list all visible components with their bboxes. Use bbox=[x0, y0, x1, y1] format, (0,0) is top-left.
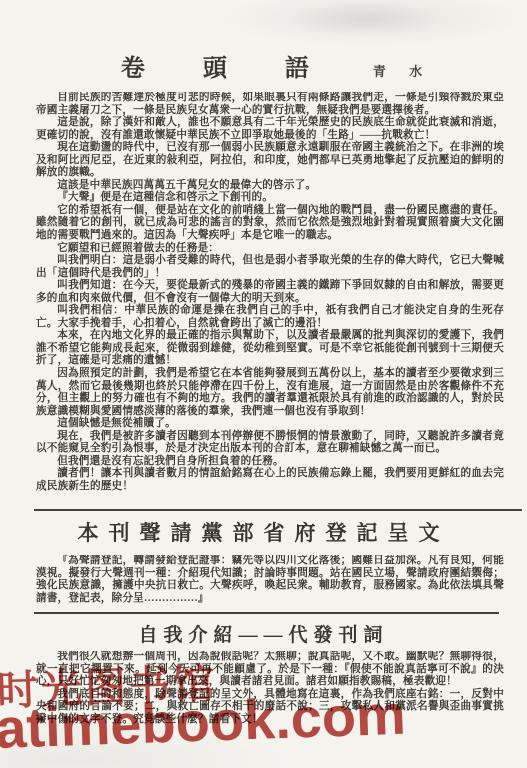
petition-section-title: 本刊聲請黨部省府登記呈文 bbox=[0, 517, 527, 547]
scanned-document-page: 卷 頭 語 青 水 目前民族的苦難達於極度可悲的時候，如果眼裏只有兩條路讓我們走… bbox=[0, 0, 527, 768]
masthead: 卷 頭 語 青 水 bbox=[0, 48, 527, 83]
section-divider bbox=[34, 509, 522, 511]
preface-paragraph: 但我們還是沒有忘記我們自身所担負着的任務。 bbox=[36, 456, 504, 469]
preface-paragraph: 它願望和已經照着做去的任務是： bbox=[36, 243, 504, 256]
section-divider bbox=[34, 612, 499, 614]
preface-paragraph: 現在，我們是被許多讀者因聽到本刊停辦便不勝悵惘的情景激動了，同時，又聽說許多讀者… bbox=[36, 431, 504, 456]
preface-paragraph: 這個缺憾是無從補贖了。 bbox=[36, 418, 504, 431]
preface-paragraph: 這該是中華民族四萬萬五千萬兒女的最偉大的啓示了。 bbox=[36, 180, 504, 193]
foreword-section-title: 自我介紹——代發刊詞 bbox=[0, 620, 527, 647]
preface-paragraph: 讀者們！讓本刊與讀者數月的情誼給銘寫在心上的民族備忘錄上罷，我們要用更鮮紅的血去… bbox=[36, 468, 504, 493]
page-title: 卷 頭 語 bbox=[121, 48, 335, 83]
preface-paragraph: 『大聲』便是在這種信念和啓示之下創刊的。 bbox=[36, 192, 504, 205]
preface-paragraph: 叫我們相信：中華民族的命運是操在我們自己的手中，祇有我們自己才能決定自身的生死存… bbox=[36, 305, 504, 330]
petition-section: 『為聲請登記，轉請發給登記證事：竊先等以四川文化落後；國難日益加深。凡有良知，何… bbox=[36, 555, 504, 608]
preface-section: 目前民族的苦難達於極度可悲的時候，如果眼裏只有兩條路讓我們走，一條是引頸待戮於東… bbox=[36, 92, 504, 509]
preface-paragraph: 它的希望祇有一個，便是站在文化的前哨綫上當一個內地的戰鬥員，盡一份國民應盡的責任… bbox=[36, 205, 504, 243]
preface-paragraph: 這是說，除了漢奸和敵人，誰也不願意具有二千年光榮歷史的民族底生命就從此衰滅和消逝… bbox=[36, 117, 504, 142]
preface-paragraph: 叫我們知道：在今天，要從最新式的殘暴的帝國主義的鐵蹄下爭回奴隸的自由和解放，需要… bbox=[36, 280, 504, 305]
preface-paragraph: 本來，在內地文化界的最正確的指示與幫助下，以及讀者最嚴厲的批判與深切的愛護下，我… bbox=[36, 330, 504, 368]
preface-paragraph: 目前民族的苦難達於極度可悲的時候，如果眼裏只有兩條路讓我們走，一條是引頸待戮於東… bbox=[36, 92, 504, 117]
preface-paragraph: 現在這動盪的時代中，已沒有那一個弱小民族願意永遠馴服在帝國主義統治之下。在非洲的… bbox=[36, 142, 504, 180]
preface-paragraph: 因為照預定的計劃，我們是希望它在本省能夠發展到五萬份以上，基本的讀者至少要徵求到… bbox=[36, 368, 504, 418]
preface-paragraph: 叫我們明白：這是弱小者受難的時代，但也是弱小者爭取光榮的生存的偉大時代，它已大聲… bbox=[36, 255, 504, 280]
scan-shading-artifact bbox=[285, 0, 445, 38]
author-name: 青 水 bbox=[373, 61, 432, 80]
petition-paragraph: 『為聲請登記，轉請發給登記證事：竊先等以四川文化落後；國難日益加深。凡有良知，何… bbox=[36, 555, 504, 605]
